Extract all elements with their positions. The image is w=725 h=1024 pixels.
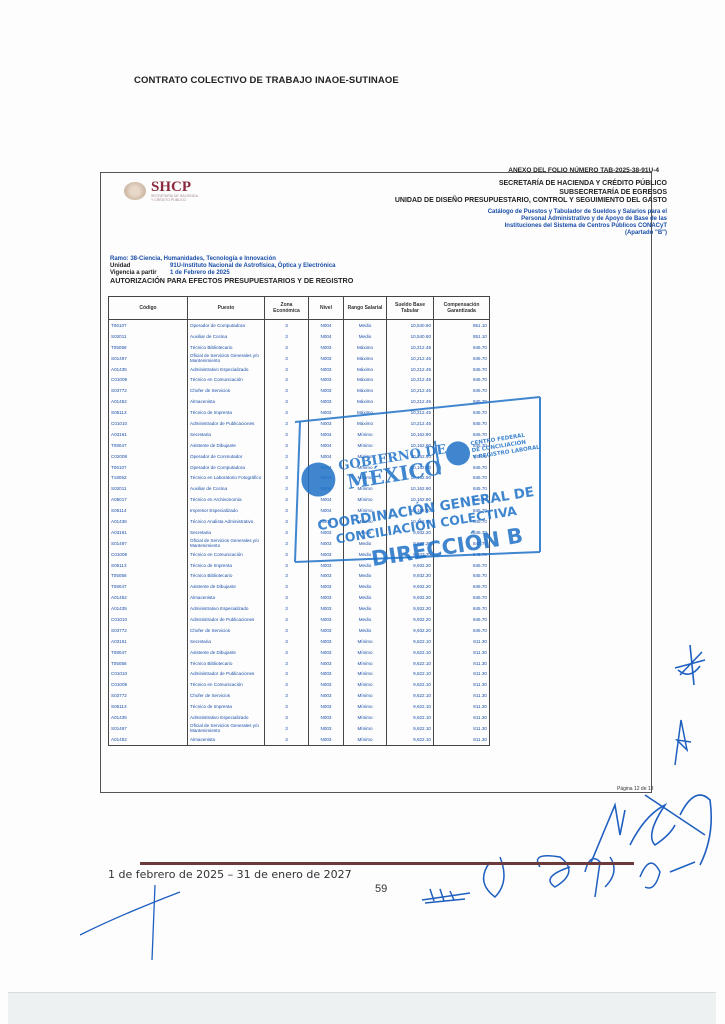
cell-zona: 3 bbox=[265, 658, 309, 669]
cell-compensacion: 845.70 bbox=[434, 364, 490, 375]
cell-puesto: Oficial de Servicios Generales y/o Mante… bbox=[188, 538, 265, 549]
cell-compensacion: 845.70 bbox=[434, 494, 490, 505]
agency-heading: SECRETARÍA DE HACIENDA Y CRÉDITO PÚBLICO… bbox=[395, 180, 667, 206]
table-row: S03772Chofer de Servicios3N003Medio9,932… bbox=[109, 625, 490, 636]
cell-nivel: N004 bbox=[309, 505, 344, 516]
cell-zona: 3 bbox=[265, 549, 309, 560]
cell-codigo: T08047 bbox=[109, 440, 188, 451]
cell-rango: Medio bbox=[344, 331, 387, 342]
cell-nivel: N004 bbox=[309, 331, 344, 342]
cell-puesto: Chofer de Servicios bbox=[188, 690, 265, 701]
header-zona: Zona Económica bbox=[265, 297, 309, 320]
cell-rango: Medio bbox=[344, 549, 387, 560]
cell-puesto: Almacenista bbox=[188, 396, 265, 407]
cell-nivel: N003 bbox=[309, 560, 344, 571]
cell-puesto: Almacenista bbox=[188, 734, 265, 745]
cell-zona: 3 bbox=[265, 625, 309, 636]
cell-compensacion: 845.70 bbox=[434, 418, 490, 429]
table-row: C01009Técnico en Comunicación3N003Medio9… bbox=[109, 549, 490, 560]
cell-codigo: S05113 bbox=[109, 560, 188, 571]
cell-compensacion: 845.70 bbox=[434, 342, 490, 353]
cell-compensacion: 845.70 bbox=[434, 625, 490, 636]
catalog-line: Personal Administrativo y de Apoyo de Ba… bbox=[488, 216, 667, 223]
cell-zona: 3 bbox=[265, 483, 309, 494]
cell-puesto: Impresor Especializado bbox=[188, 505, 265, 516]
cell-sueldo: 9,622.10 bbox=[387, 679, 434, 690]
cell-puesto: Asistente de Dibujante bbox=[188, 647, 265, 658]
cell-compensacion: 845.70 bbox=[434, 385, 490, 396]
table-row: T08047Asistente de Dibujante3N004Mínimo1… bbox=[109, 440, 490, 451]
cell-compensacion: 811.30 bbox=[434, 690, 490, 701]
cell-rango: Mínimo bbox=[344, 669, 387, 680]
header-codigo: Código bbox=[109, 297, 188, 320]
cell-compensacion: 845.70 bbox=[434, 614, 490, 625]
cell-compensacion: 845.70 bbox=[434, 603, 490, 614]
cell-nivel: N003 bbox=[309, 690, 344, 701]
cell-rango: Mínimo bbox=[344, 690, 387, 701]
cell-nivel: N003 bbox=[309, 385, 344, 396]
cell-codigo: C01009 bbox=[109, 549, 188, 560]
cell-nivel: N003 bbox=[309, 647, 344, 658]
cell-codigo: T05058 bbox=[109, 342, 188, 353]
cell-sueldo: 10,212.45 bbox=[387, 353, 434, 364]
cell-nivel: N003 bbox=[309, 549, 344, 560]
table-row: A03161Secretaria3N004Mínimo10,162.90845.… bbox=[109, 429, 490, 440]
cell-sueldo: 9,622.10 bbox=[387, 734, 434, 745]
agency-line: SUBSECRETARÍA DE EGRESOS bbox=[395, 189, 667, 198]
cell-zona: 3 bbox=[265, 451, 309, 462]
table-row: A03161Secretaria3N003Mínimo9,622.10811.3… bbox=[109, 636, 490, 647]
header-puesto: Puesto bbox=[188, 297, 265, 320]
cell-codigo: A01436 bbox=[109, 516, 188, 527]
cell-codigo: A03161 bbox=[109, 527, 188, 538]
cell-nivel: N004 bbox=[309, 516, 344, 527]
table-row: T08047Asistente de Dibujante3N003Medio9,… bbox=[109, 581, 490, 592]
cell-nivel: N003 bbox=[309, 418, 344, 429]
cell-codigo: A01435 bbox=[109, 603, 188, 614]
cell-nivel: N003 bbox=[309, 723, 344, 734]
cell-sueldo: 10,162.90 bbox=[387, 429, 434, 440]
cell-sueldo: 9,932.20 bbox=[387, 592, 434, 603]
cell-puesto: Técnico Bibliotecario bbox=[188, 342, 265, 353]
cell-sueldo: 10,212.45 bbox=[387, 385, 434, 396]
cell-rango: Mínimo bbox=[344, 647, 387, 658]
cell-sueldo: 9,622.10 bbox=[387, 669, 434, 680]
cell-zona: 3 bbox=[265, 603, 309, 614]
cell-sueldo: 9,622.10 bbox=[387, 658, 434, 669]
cell-nivel: N003 bbox=[309, 538, 344, 549]
cell-compensacion: 811.30 bbox=[434, 701, 490, 712]
cell-puesto: Operador de Computadora bbox=[188, 462, 265, 473]
cell-puesto: Secretaria bbox=[188, 429, 265, 440]
cell-puesto: Operador de Computadora bbox=[188, 320, 265, 331]
cell-codigo: A03161 bbox=[109, 636, 188, 647]
cell-zona: 3 bbox=[265, 440, 309, 451]
authorization-heading: AUTORIZACIÓN PARA EFECTOS PRESUPUESTARIO… bbox=[110, 277, 353, 284]
cell-zona: 3 bbox=[265, 385, 309, 396]
cell-sueldo: 9,932.20 bbox=[387, 603, 434, 614]
cell-zona: 3 bbox=[265, 723, 309, 734]
initials-scribble-icon bbox=[420, 885, 475, 905]
cell-compensacion: 845.70 bbox=[434, 570, 490, 581]
cell-nivel: N003 bbox=[309, 364, 344, 375]
cell-sueldo: 9,622.10 bbox=[387, 723, 434, 734]
cell-sueldo: 10,212.45 bbox=[387, 342, 434, 353]
footer-page-number: 59 bbox=[375, 883, 387, 895]
cell-zona: 3 bbox=[265, 690, 309, 701]
table-row: A01452Almacenista3N003Máximo10,212.45845… bbox=[109, 396, 490, 407]
cell-codigo: S05113 bbox=[109, 407, 188, 418]
cell-nivel: N003 bbox=[309, 625, 344, 636]
cell-codigo: C01009 bbox=[109, 679, 188, 690]
cell-rango: Mínimo bbox=[344, 658, 387, 669]
cell-compensacion: 845.70 bbox=[434, 527, 490, 538]
cell-zona: 3 bbox=[265, 331, 309, 342]
cell-codigo: T05058 bbox=[109, 658, 188, 669]
cell-compensacion: 845.70 bbox=[434, 560, 490, 571]
table-row: T05058Técnico Bibliotecario3N003Medio9,9… bbox=[109, 570, 490, 581]
cell-sueldo: 10,212.45 bbox=[387, 374, 434, 385]
cell-codigo: A03161 bbox=[109, 429, 188, 440]
cell-sueldo: 10,212.45 bbox=[387, 364, 434, 375]
cell-compensacion: 845.70 bbox=[434, 505, 490, 516]
cell-compensacion: 811.30 bbox=[434, 734, 490, 745]
cell-puesto: Técnico en Comunicación bbox=[188, 374, 265, 385]
ramo: Ramo: 38-Ciencia, Humanidades, Tecnologí… bbox=[110, 256, 353, 263]
table-row: S02011Auxiliar de Cocina3N004Medio10,540… bbox=[109, 331, 490, 342]
cell-puesto: Técnico de Imprenta bbox=[188, 701, 265, 712]
cell-puesto: Auxiliar de Cocina bbox=[188, 483, 265, 494]
cell-puesto: Operador de Conmutador bbox=[188, 451, 265, 462]
catalog-line: Catálogo de Puestos y Tabulador de Sueld… bbox=[488, 209, 667, 216]
cell-puesto: Chofer de Servicios bbox=[188, 385, 265, 396]
cell-zona: 3 bbox=[265, 407, 309, 418]
cell-zona: 3 bbox=[265, 462, 309, 473]
table-row: C01010Administrador de Publicaciones3N00… bbox=[109, 418, 490, 429]
cell-sueldo: 10,540.60 bbox=[387, 320, 434, 331]
cell-nivel: N003 bbox=[309, 614, 344, 625]
cell-codigo: C01010 bbox=[109, 418, 188, 429]
cell-rango: Medio bbox=[344, 592, 387, 603]
footer-date-range: 1 de febrero de 2025 – 31 de enero de 20… bbox=[108, 868, 352, 881]
cell-compensacion: 845.70 bbox=[434, 440, 490, 451]
cell-zona: 3 bbox=[265, 364, 309, 375]
cell-compensacion: 845.70 bbox=[434, 516, 490, 527]
cell-compensacion: 845.70 bbox=[434, 429, 490, 440]
cell-compensacion: 851.10 bbox=[434, 320, 490, 331]
cell-zona: 3 bbox=[265, 636, 309, 647]
table-header-row: Código Puesto Zona Económica Nivel Rango… bbox=[109, 297, 490, 320]
cell-nivel: N003 bbox=[309, 396, 344, 407]
table-row: S03772Chofer de Servicios3N003Máximo10,2… bbox=[109, 385, 490, 396]
cell-zona: 3 bbox=[265, 734, 309, 745]
cell-codigo: S01497 bbox=[109, 538, 188, 549]
cell-nivel: N003 bbox=[309, 734, 344, 745]
cell-zona: 3 bbox=[265, 505, 309, 516]
table-row: S01497Oficial de Servicios Generales y/o… bbox=[109, 538, 490, 549]
cell-rango: Medio bbox=[344, 538, 387, 549]
cell-nivel: N004 bbox=[309, 429, 344, 440]
cell-codigo: C01010 bbox=[109, 669, 188, 680]
cell-rango: Mínimo bbox=[344, 462, 387, 473]
cell-sueldo: 9,622.10 bbox=[387, 690, 434, 701]
cell-zona: 3 bbox=[265, 712, 309, 723]
cell-nivel: N004 bbox=[309, 494, 344, 505]
cell-rango: Medio bbox=[344, 581, 387, 592]
cell-puesto: Técnico de Imprenta bbox=[188, 407, 265, 418]
cell-sueldo: 9,622.10 bbox=[387, 647, 434, 658]
cell-nivel: N003 bbox=[309, 712, 344, 723]
signatures-row-icon bbox=[470, 842, 710, 912]
cell-nivel: N003 bbox=[309, 407, 344, 418]
signature-mark-icon bbox=[670, 640, 710, 690]
national-seal-icon bbox=[124, 182, 146, 200]
annex-frame-bottom bbox=[100, 792, 651, 793]
table-row: S03772Chofer de Servicios3N003Mínimo9,62… bbox=[109, 690, 490, 701]
cell-zona: 3 bbox=[265, 581, 309, 592]
initials-mark-icon bbox=[665, 710, 695, 770]
cell-rango: Medio bbox=[344, 320, 387, 331]
cell-rango: Máximo bbox=[344, 374, 387, 385]
table-row: A01452Almacenista3N003Mínimo9,622.10811.… bbox=[109, 734, 490, 745]
cell-sueldo: 9,622.10 bbox=[387, 701, 434, 712]
cell-rango: Mínimo bbox=[344, 636, 387, 647]
cell-compensacion: 845.70 bbox=[434, 549, 490, 560]
cell-zona: 3 bbox=[265, 396, 309, 407]
cell-rango: Máximo bbox=[344, 385, 387, 396]
table-row: S05113Técnico de Imprenta3N003Medio9,932… bbox=[109, 560, 490, 571]
cell-zona: 3 bbox=[265, 679, 309, 690]
header-nivel: Nivel bbox=[309, 297, 344, 320]
cell-zona: 3 bbox=[265, 592, 309, 603]
cell-sueldo: 9,622.10 bbox=[387, 712, 434, 723]
table-row: S05114Impresor Especializado3N004Mínimo1… bbox=[109, 505, 490, 516]
table-row: A01436Técnico Analista Administrativo3N0… bbox=[109, 516, 490, 527]
table-row: A01452Almacenista3N003Medio9,932.20845.7… bbox=[109, 592, 490, 603]
table-body: T06107Operador de Computadora3N004Medio1… bbox=[109, 320, 490, 746]
cell-puesto: Administrador de Publicaciones bbox=[188, 669, 265, 680]
cell-nivel: N003 bbox=[309, 603, 344, 614]
cell-sueldo: 10,162.90 bbox=[387, 505, 434, 516]
cell-zona: 3 bbox=[265, 353, 309, 364]
cell-codigo: A01452 bbox=[109, 734, 188, 745]
cell-puesto: Técnico en Comunicación bbox=[188, 549, 265, 560]
cell-compensacion: 845.70 bbox=[434, 353, 490, 364]
cell-rango: Mínimo bbox=[344, 440, 387, 451]
catalog-line: (Apartado "B") bbox=[488, 230, 667, 237]
table-row: A03161Secretaria3N003Medio9,932.20845.70 bbox=[109, 527, 490, 538]
cell-rango: Medio bbox=[344, 603, 387, 614]
cell-puesto: Técnico Bibliotecario bbox=[188, 570, 265, 581]
cell-compensacion: 845.70 bbox=[434, 374, 490, 385]
table-row: T08047Asistente de Dibujante3N003Mínimo9… bbox=[109, 647, 490, 658]
cell-sueldo: 9,932.20 bbox=[387, 581, 434, 592]
cell-sueldo: 10,162.90 bbox=[387, 494, 434, 505]
cell-codigo: A01452 bbox=[109, 592, 188, 603]
cell-codigo: S03772 bbox=[109, 625, 188, 636]
cell-rango: Mínimo bbox=[344, 712, 387, 723]
cell-sueldo: 9,932.20 bbox=[387, 538, 434, 549]
shcp-logo: SHCP SECRETARÍA DE HACIENDA Y CRÉDITO PÚ… bbox=[124, 180, 198, 202]
cell-compensacion: 811.30 bbox=[434, 669, 490, 680]
cell-rango: Mínimo bbox=[344, 472, 387, 483]
catalog-title: Catálogo de Puestos y Tabulador de Sueld… bbox=[488, 209, 667, 237]
cell-zona: 3 bbox=[265, 669, 309, 680]
pen-stroke-icon bbox=[80, 880, 190, 980]
cell-puesto: Secretaria bbox=[188, 636, 265, 647]
cell-puesto: Técnico en Laboratorio Fotográfico bbox=[188, 472, 265, 483]
header-compensacion: Compensación Garantizada bbox=[434, 297, 490, 320]
cell-nivel: N003 bbox=[309, 669, 344, 680]
cell-compensacion: 845.70 bbox=[434, 407, 490, 418]
cell-zona: 3 bbox=[265, 538, 309, 549]
cell-codigo: S05114 bbox=[109, 505, 188, 516]
cell-codigo: S03772 bbox=[109, 690, 188, 701]
cell-rango: Mínimo bbox=[344, 429, 387, 440]
cell-nivel: N004 bbox=[309, 462, 344, 473]
cell-compensacion: 845.70 bbox=[434, 538, 490, 549]
table-row: A01435Administrativo Especializado3N003M… bbox=[109, 603, 490, 614]
agency-line: SECRETARÍA DE HACIENDA Y CRÉDITO PÚBLICO bbox=[395, 180, 667, 189]
cell-zona: 3 bbox=[265, 527, 309, 538]
cell-compensacion: 845.70 bbox=[434, 483, 490, 494]
table-row: C01010Administrador de Publicaciones3N00… bbox=[109, 614, 490, 625]
cell-nivel: N003 bbox=[309, 679, 344, 690]
cell-codigo: T05058 bbox=[109, 570, 188, 581]
cell-rango: Medio bbox=[344, 614, 387, 625]
cell-codigo: A01435 bbox=[109, 364, 188, 375]
table-row: C01009Técnico en Comunicación3N003Mínimo… bbox=[109, 679, 490, 690]
cell-puesto: Administrativo Especializado bbox=[188, 364, 265, 375]
table-row: C02008Operador de Conmutador3N004Mínimo1… bbox=[109, 451, 490, 462]
cell-nivel: N004 bbox=[309, 472, 344, 483]
cell-sueldo: 9,932.20 bbox=[387, 625, 434, 636]
cell-zona: 3 bbox=[265, 570, 309, 581]
cell-nivel: N003 bbox=[309, 527, 344, 538]
scan-bottom-band bbox=[8, 992, 716, 1024]
cell-nivel: N003 bbox=[309, 592, 344, 603]
cell-rango: Medio bbox=[344, 527, 387, 538]
cell-nivel: N003 bbox=[309, 353, 344, 364]
cell-puesto: Almacenista bbox=[188, 592, 265, 603]
cell-zona: 3 bbox=[265, 614, 309, 625]
table-row: C01009Técnico en Comunicación3N003Máximo… bbox=[109, 374, 490, 385]
cell-codigo: A01435 bbox=[109, 712, 188, 723]
cell-rango: Máximo bbox=[344, 407, 387, 418]
table-row: C01010Administrador de Publicaciones3N00… bbox=[109, 669, 490, 680]
logo-name: SHCP bbox=[151, 180, 198, 194]
agency-line: UNIDAD DE DISEÑO PRESUPUESTARIO, CONTROL… bbox=[395, 197, 667, 206]
table-row: A01435Administrativo Especializado3N003M… bbox=[109, 364, 490, 375]
cell-nivel: N003 bbox=[309, 570, 344, 581]
cell-sueldo: 10,540.60 bbox=[387, 331, 434, 342]
cell-puesto: Chofer de Servicios bbox=[188, 625, 265, 636]
cell-puesto: Administrador de Publicaciones bbox=[188, 614, 265, 625]
cell-puesto: Asistente de Dibujante bbox=[188, 581, 265, 592]
cell-puesto: Asistente de Dibujante bbox=[188, 440, 265, 451]
cell-nivel: N003 bbox=[309, 701, 344, 712]
cell-nivel: N004 bbox=[309, 320, 344, 331]
cell-sueldo: 10,212.45 bbox=[387, 407, 434, 418]
header-sueldo: Sueldo Base Tabular bbox=[387, 297, 434, 320]
cell-rango: Medio bbox=[344, 625, 387, 636]
cell-nivel: N003 bbox=[309, 374, 344, 385]
table-row: T06107Operador de Computadora3N004Mínimo… bbox=[109, 462, 490, 473]
cell-rango: Mínimo bbox=[344, 494, 387, 505]
table-row: T05058Técnico Bibliotecario3N003Mínimo9,… bbox=[109, 658, 490, 669]
table-row: A01435Administrativo Especializado3N003M… bbox=[109, 712, 490, 723]
cell-rango: Mínimo bbox=[344, 723, 387, 734]
cell-codigo: S02011 bbox=[109, 483, 188, 494]
cell-rango: Mínimo bbox=[344, 701, 387, 712]
cell-codigo: S01497 bbox=[109, 723, 188, 734]
cell-sueldo: 10,212.45 bbox=[387, 396, 434, 407]
cell-compensacion: 811.30 bbox=[434, 647, 490, 658]
cell-puesto: Técnico de Imprenta bbox=[188, 560, 265, 571]
cell-nivel: N003 bbox=[309, 636, 344, 647]
header-rango: Rango Salarial bbox=[344, 297, 387, 320]
cell-codigo: T08047 bbox=[109, 581, 188, 592]
unidad-label: Unidad bbox=[110, 263, 170, 270]
cell-codigo: C01009 bbox=[109, 374, 188, 385]
cell-codigo: S03772 bbox=[109, 385, 188, 396]
cell-nivel: N003 bbox=[309, 581, 344, 592]
cell-zona: 3 bbox=[265, 560, 309, 571]
page-indicator: Página 12 de 13 bbox=[617, 786, 653, 792]
cell-sueldo: 10,162.90 bbox=[387, 440, 434, 451]
cell-compensacion: 811.30 bbox=[434, 723, 490, 734]
cell-nivel: N004 bbox=[309, 483, 344, 494]
footer-rule bbox=[140, 862, 634, 865]
cell-zona: 3 bbox=[265, 429, 309, 440]
cell-rango: Mínimo bbox=[344, 451, 387, 462]
table-row: A05017Técnico en Archivonomía3N004Mínimo… bbox=[109, 494, 490, 505]
table-row: T05058Técnico Bibliotecario3N003Máximo10… bbox=[109, 342, 490, 353]
cell-zona: 3 bbox=[265, 342, 309, 353]
table-row: T06107Operador de Computadora3N004Medio1… bbox=[109, 320, 490, 331]
table-row: S01497Oficial de Servicios Generales y/o… bbox=[109, 353, 490, 364]
cell-compensacion: 851.10 bbox=[434, 331, 490, 342]
document-metadata: Ramo: 38-Ciencia, Humanidades, Tecnologí… bbox=[110, 256, 353, 284]
cell-sueldo: 9,932.20 bbox=[387, 527, 434, 538]
cell-rango: Máximo bbox=[344, 342, 387, 353]
cell-codigo: S01497 bbox=[109, 353, 188, 364]
table-row: S02011Auxiliar de Cocina3N004Mínimo10,16… bbox=[109, 483, 490, 494]
page-header-title: CONTRATO COLECTIVO DE TRABAJO INAOE-SUTI… bbox=[134, 75, 399, 86]
cell-zona: 3 bbox=[265, 320, 309, 331]
cell-rango: Máximo bbox=[344, 418, 387, 429]
cell-codigo: C01010 bbox=[109, 614, 188, 625]
cell-rango: Medio bbox=[344, 560, 387, 571]
cell-nivel: N003 bbox=[309, 342, 344, 353]
cell-puesto: Técnico en Comunicación bbox=[188, 679, 265, 690]
cell-zona: 3 bbox=[265, 516, 309, 527]
cell-codigo: T08047 bbox=[109, 647, 188, 658]
cell-zona: 3 bbox=[265, 374, 309, 385]
cell-codigo: S05113 bbox=[109, 701, 188, 712]
cell-sueldo: 9,932.20 bbox=[387, 614, 434, 625]
cell-compensacion: 845.70 bbox=[434, 451, 490, 462]
cell-sueldo: 10,162.90 bbox=[387, 472, 434, 483]
cell-puesto: Administrativo Especializado bbox=[188, 712, 265, 723]
cell-puesto: Auxiliar de Cocina bbox=[188, 331, 265, 342]
cell-sueldo: 9,932.20 bbox=[387, 560, 434, 571]
cell-compensacion: 811.30 bbox=[434, 679, 490, 690]
cell-zona: 3 bbox=[265, 647, 309, 658]
cell-compensacion: 811.30 bbox=[434, 636, 490, 647]
table-row: S01497Oficial de Servicios Generales y/o… bbox=[109, 723, 490, 734]
cell-codigo: S02011 bbox=[109, 331, 188, 342]
